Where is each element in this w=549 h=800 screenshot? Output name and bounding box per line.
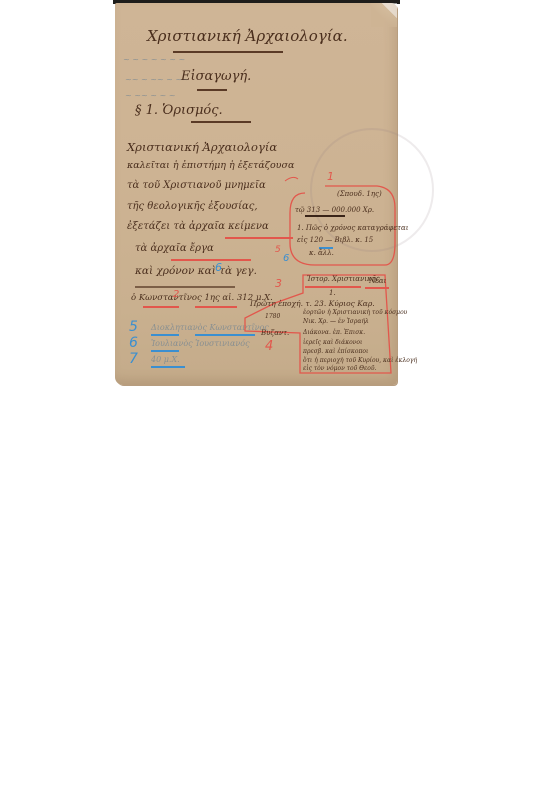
red-number: 4 [265,339,273,354]
box1-header: (Σπουδ. 1ης) [337,190,382,198]
box2-sub: 1. [329,289,336,297]
box1-line: 1. Πῶς ὁ χρόνος καταγράφεται [297,224,408,232]
blue-number: 6 [283,253,289,264]
box2-line: Διάκονα. ἐπ. Ἐπισκ. [303,329,365,336]
red-number: 1 [327,170,334,183]
red-number: 5 [275,245,281,255]
box2-line: Πρῶτη ἐποχή. τ. 23. Κύριος Καρ. [250,299,375,308]
blue-number: 6 [215,261,222,274]
red-number: 3 [275,277,282,290]
box2-line: ὅτι ἡ περιοχὴ τοῦ Κυρίου, καὶ ἐκλογή [303,357,417,364]
box2-line: Νικ. Χρ. — ἐν Ἰσραήλ [303,318,369,325]
box2-line: ἑορτῶν ἡ Χριστιανικὴ τοῦ κόσμου [303,309,407,316]
box2-left-label: Βυζαντ. [261,329,289,337]
red-underline [365,287,389,289]
red-underline [305,286,361,288]
box2-header-right: Νέαι [369,277,386,285]
manuscript-page: ~ ~ ~ ~ ~ ~ ~ ~~ ~ ~~ ~ ~~ ~ ~~ ~ ~ ~ Χρ… [115,3,397,385]
box1-line: τῷ 313 — 000.000 Χρ. [295,206,374,214]
red-number: 2 [173,289,179,300]
box2-year: 1780 [265,313,280,320]
dark-underline [305,215,345,217]
box2-line: πρεσβ. καὶ ἐπίσκοποι [303,348,368,355]
box1-line: κ. ἄλλ. [309,249,334,257]
box2-line: εἰς τὸν νόμον τοῦ Θεοῦ. [303,365,376,372]
box1-line: εἰς 120 — Βιβλ. κ. 15 [297,236,373,244]
box2-line: ἱερεῖς καὶ διάκονοι [303,339,362,346]
